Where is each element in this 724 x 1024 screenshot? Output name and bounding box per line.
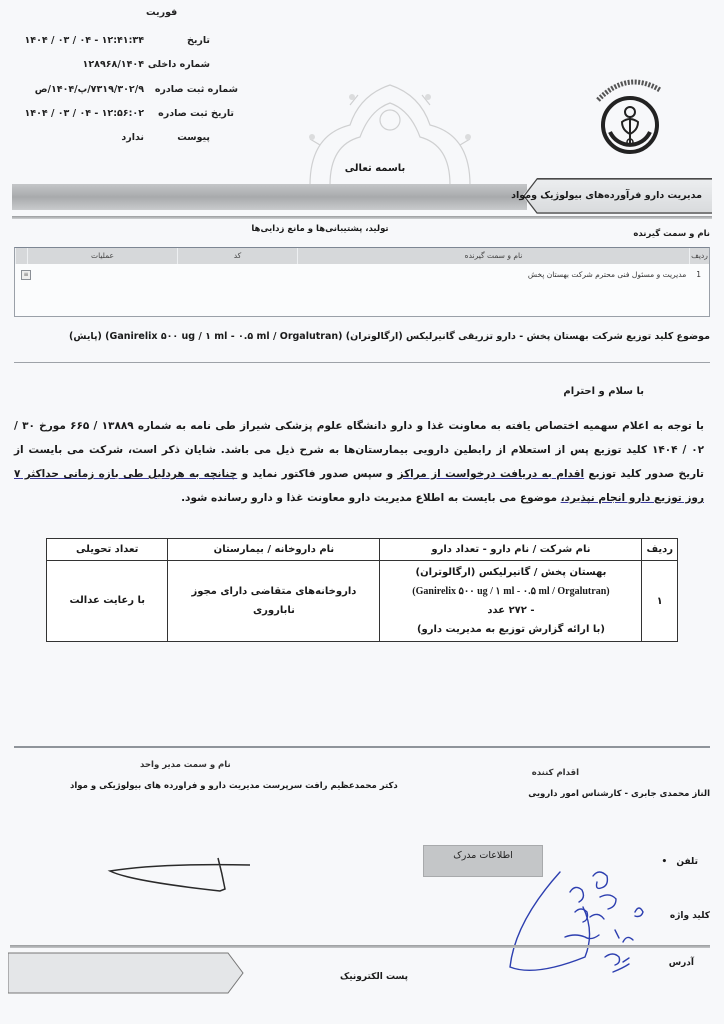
- manager-label: نام و سمت مدیر واحد: [140, 760, 231, 770]
- row-index: ۱: [642, 561, 678, 642]
- header-band-underline: [12, 216, 712, 219]
- actor-label: اقدام کننده: [532, 768, 579, 778]
- row-delivered: با رعایت عدالت: [47, 561, 168, 642]
- header-band-bar: [12, 184, 527, 210]
- meta-row-date: تاریخ ۱۴۰۴ / ۰۳ / ۰۴ - ۱۲:۴۱:۳۴: [0, 35, 210, 46]
- actor-name: الناز محمدی جابری - کارشناس امور دارویی: [528, 789, 710, 799]
- col-delivered-qty: تعداد تحویلی: [47, 539, 168, 561]
- signature-divider: [14, 746, 710, 748]
- footer-divider: [10, 945, 710, 948]
- basmala-heading: باسمه تعالی: [320, 163, 430, 174]
- recipient-table-header: ردیف نام و سمت گیرنده کد عملیات: [15, 248, 709, 264]
- manager-name: دکتر محمدعظیم رافت سرپرست مدیریت دارو و …: [70, 781, 398, 791]
- col-pharmacy-hospital: نام داروخانه / بیمارستان: [168, 539, 380, 561]
- email-field[interactable]: [8, 952, 244, 994]
- priority-label: فوریت: [146, 7, 177, 18]
- meta-row-issued-date: تاریخ ثبت صادره ۱۴۰۴ / ۰۳ / ۰۴ - ۱۲:۵۶:۰…: [0, 108, 234, 119]
- header-band: مدیریت دارو فرآورده‌های بیولوژیک ومواد: [12, 178, 712, 220]
- recipient-label: نام و سمت گیرنده: [633, 229, 710, 239]
- distribution-table-header: ردیف نام شرکت / نام دارو - تعداد دارو نا…: [47, 539, 678, 561]
- meta-row-attachment: پیوست ندارد: [0, 132, 210, 143]
- col-index: ردیف: [642, 539, 678, 561]
- greeting: با سلام و احترام: [563, 386, 644, 397]
- col-index: ردیف: [689, 248, 709, 264]
- row-drug-details: بهستان پخش / گانیرلیکس (ارگالوتران) (Gan…: [380, 561, 642, 642]
- recipient-table: ردیف نام و سمت گیرنده کد عملیات 1 مدیریت…: [14, 247, 710, 317]
- row-recipient-name: مدیریت و مسئول فنی محترم شرکت بهستان پخش: [528, 270, 686, 279]
- col-code: کد: [177, 248, 297, 264]
- department-title: مدیریت دارو فرآورده‌های بیولوژیک ومواد: [511, 190, 702, 201]
- letter-body: با توجه به اعلام سهمیه اختصاص یافته به م…: [14, 414, 704, 510]
- table-row[interactable]: 1 مدیریت و مسئول فنی محترم شرکت بهستان پ…: [528, 270, 701, 279]
- col-operations: عملیات: [27, 248, 177, 264]
- handwritten-annotation: [505, 862, 670, 982]
- university-logo: [580, 70, 675, 160]
- meta-row-internal-number: شماره داخلی ۱۲۸۹۶۸/۱۴۰۴: [0, 59, 210, 70]
- col-company-drug-qty: نام شرکت / نام دارو - تعداد دارو: [380, 539, 642, 561]
- letter-page: فوریت تاریخ ۱۴۰۴ / ۰۳ / ۰۴ - ۱۲:۴۱:۳۴ شم…: [0, 0, 724, 1024]
- letter-subject: موضوع کلید توزیع شرکت بهستان پخش - دارو …: [69, 331, 710, 342]
- manager-signature: [100, 855, 260, 895]
- email-label: پست الکترونیک: [340, 972, 408, 982]
- table-row: ۱ بهستان پخش / گانیرلیکس (ارگالوتران) (G…: [47, 561, 678, 642]
- underlined-request: اقدام به دریافت درخواست از مراکز: [398, 468, 585, 480]
- row-action-icon[interactable]: ≡: [21, 270, 31, 280]
- col-recipient-name: نام و سمت گیرنده: [297, 248, 689, 264]
- address-label: آدرس: [669, 958, 694, 968]
- keyword-label: کلید واژه: [670, 911, 710, 921]
- subject-divider: [14, 362, 710, 363]
- row-index: 1: [696, 270, 701, 279]
- row-pharmacy: داروخانه‌های متقاضی دارای مجوز ناباروری: [168, 561, 380, 642]
- distribution-table: ردیف نام شرکت / نام دارو - تعداد دارو نا…: [46, 538, 678, 642]
- meta-row-issued-number: شماره ثبت صادره ۷۳۱۹/۳۰۲/۹/پ/۱۴۰۴/ص: [0, 84, 238, 95]
- recipient-department: تولید، پشتیبانی‌ها و مانع زدایی‌ها: [240, 224, 400, 234]
